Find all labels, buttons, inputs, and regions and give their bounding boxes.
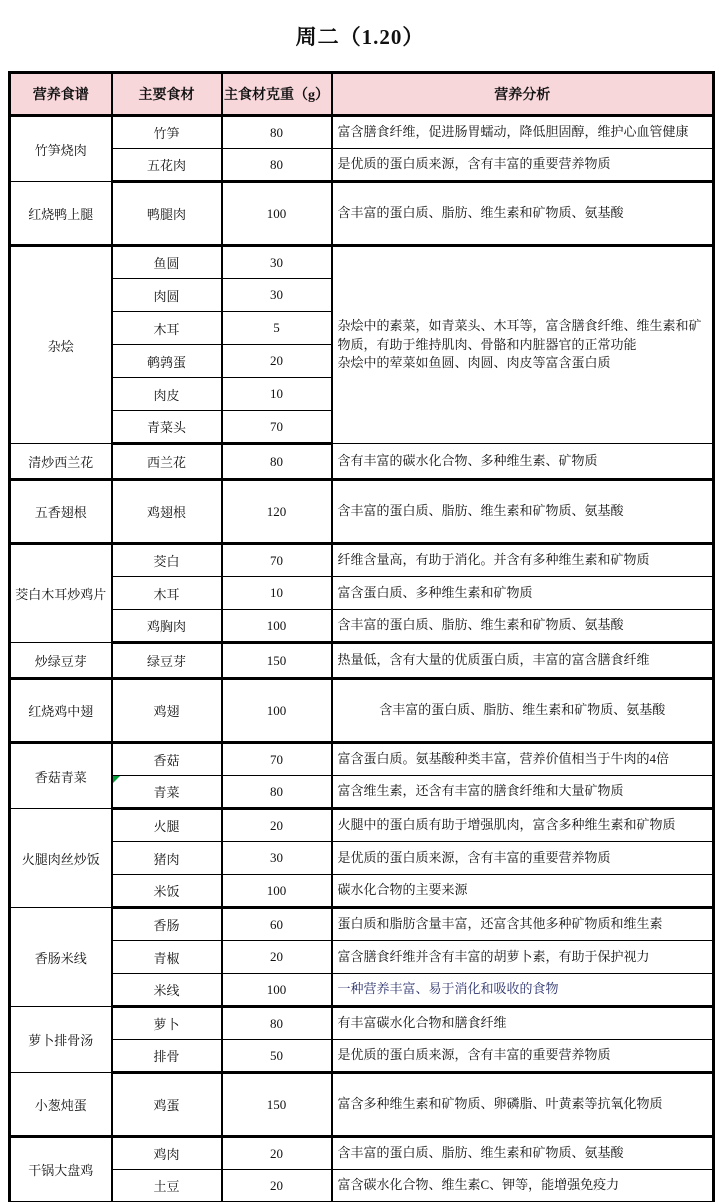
weight-cell[interactable]: 20	[222, 809, 332, 842]
dish-name-cell[interactable]: 竹笋烧肉	[10, 116, 112, 182]
analysis-cell[interactable]: 含有丰富的碳水化合物、多种维生素、矿物质	[332, 444, 714, 480]
table-row: 香菇青菜香菇70富含蛋白质。氨基酸种类丰富，营养价值相当于牛肉的4倍	[10, 743, 714, 776]
table-row: 萝卜排骨汤萝卜80有丰富碳水化合物和膳食纤维	[10, 1007, 714, 1040]
table-row: 鸡胸肉100含丰富的蛋白质、脂肪、维生素和矿物质、氨基酸	[10, 610, 714, 643]
analysis-cell[interactable]: 含丰富的蛋白质、脂肪、维生素和矿物质、氨基酸	[332, 610, 714, 643]
ingredient-cell[interactable]: 米饭	[112, 875, 222, 908]
weight-cell[interactable]: 10	[222, 378, 332, 411]
weight-cell[interactable]: 20	[222, 1137, 332, 1170]
table-row: 杂烩鱼圆30杂烩中的素菜，如青菜头、木耳等，富含膳食纤维、维生素和矿物质，有助于…	[10, 246, 714, 279]
ingredient-cell[interactable]: 鸡肉	[112, 1137, 222, 1170]
weight-cell[interactable]: 70	[222, 743, 332, 776]
analysis-cell[interactable]: 一种营养丰富、易于消化和吸收的食物	[332, 974, 714, 1007]
ingredient-cell[interactable]: 鸭腿肉	[112, 182, 222, 246]
weight-cell[interactable]: 100	[222, 679, 332, 743]
weight-cell[interactable]: 100	[222, 875, 332, 908]
ingredient-cell[interactable]: 排骨	[112, 1040, 222, 1073]
weight-cell[interactable]: 5	[222, 312, 332, 345]
ingredient-cell[interactable]: 鸡胸肉	[112, 610, 222, 643]
table-row: 红烧鸡中翅鸡翅100含丰富的蛋白质、脂肪、维生素和矿物质、氨基酸	[10, 679, 714, 743]
analysis-cell[interactable]: 富含蛋白质。氨基酸种类丰富，营养价值相当于牛肉的4倍	[332, 743, 714, 776]
ingredient-cell[interactable]: 萝卜	[112, 1007, 222, 1040]
dish-name-cell[interactable]: 香菇青菜	[10, 743, 112, 809]
dish-name-cell[interactable]: 红烧鸭上腿	[10, 182, 112, 246]
table-row: 排骨50是优质的蛋白质来源，含有丰富的重要营养物质	[10, 1040, 714, 1073]
weight-cell[interactable]: 30	[222, 246, 332, 279]
ingredient-cell[interactable]: 鱼圆	[112, 246, 222, 279]
table-row: 干锅大盘鸡鸡肉20含丰富的蛋白质、脂肪、维生素和矿物质、氨基酸	[10, 1137, 714, 1170]
table-row: 红烧鸭上腿鸭腿肉100含丰富的蛋白质、脂肪、维生素和矿物质、氨基酸	[10, 182, 714, 246]
analysis-cell[interactable]: 杂烩中的素菜，如青菜头、木耳等，富含膳食纤维、维生素和矿物质，有助于维持肌肉、骨…	[332, 246, 714, 444]
analysis-cell[interactable]: 富含维生素，还含有丰富的膳食纤维和大量矿物质	[332, 776, 714, 809]
weight-cell[interactable]: 80	[222, 1007, 332, 1040]
weight-cell[interactable]: 80	[222, 149, 332, 182]
analysis-cell[interactable]: 是优质的蛋白质来源，含有丰富的重要营养物质	[332, 149, 714, 182]
table-row: 香肠米线香肠60蛋白质和脂肪含量丰富，还富含其他多种矿物质和维生素	[10, 908, 714, 941]
weight-cell[interactable]: 80	[222, 116, 332, 149]
ingredient-cell[interactable]: 鸡蛋	[112, 1073, 222, 1137]
dish-name-cell[interactable]: 茭白木耳炒鸡片	[10, 544, 112, 643]
table-row: 青椒20富含膳食纤维并含有丰富的胡萝卜素，有助于保护视力	[10, 941, 714, 974]
weight-cell[interactable]: 100	[222, 182, 332, 246]
ingredient-cell[interactable]: 鹌鹑蛋	[112, 345, 222, 378]
column-header-recipe[interactable]: 营养食谱	[10, 73, 112, 116]
ingredient-cell[interactable]: 米线	[112, 974, 222, 1007]
dish-name-cell[interactable]: 萝卜排骨汤	[10, 1007, 112, 1073]
weight-cell[interactable]: 100	[222, 974, 332, 1007]
analysis-cell[interactable]: 火腿中的蛋白质有助于增强肌肉，富含多种维生素和矿物质	[332, 809, 714, 842]
analysis-cell[interactable]: 纤维含量高，有助于消化。并含有多种维生素和矿物质	[332, 544, 714, 577]
column-header-weight[interactable]: 主食材克重（g）	[222, 73, 332, 116]
ingredient-cell[interactable]: 五花肉	[112, 149, 222, 182]
analysis-cell[interactable]: 含丰富的蛋白质、脂肪、维生素和矿物质、氨基酸	[332, 679, 714, 743]
dish-name-cell[interactable]: 火腿肉丝炒饭	[10, 809, 112, 908]
ingredient-cell[interactable]: 青菜头	[112, 411, 222, 444]
table-row: 米饭100碳水化合物的主要来源	[10, 875, 714, 908]
dish-name-cell[interactable]: 炒绿豆芽	[10, 643, 112, 679]
table-row: 土豆20富含碳水化合物、维生素C、钾等，能增强免疫力	[10, 1170, 714, 1202]
dish-name-cell[interactable]: 小葱炖蛋	[10, 1073, 112, 1137]
ingredient-cell[interactable]: 肉皮	[112, 378, 222, 411]
weight-cell[interactable]: 30	[222, 279, 332, 312]
weight-cell[interactable]: 20	[222, 1170, 332, 1202]
table-header-row: 营养食谱 主要食材 主食材克重（g） 营养分析	[10, 73, 714, 116]
ingredient-cell[interactable]: 鸡翅	[112, 679, 222, 743]
ingredient-cell[interactable]: 香肠	[112, 908, 222, 941]
analysis-cell[interactable]: 有丰富碳水化合物和膳食纤维	[332, 1007, 714, 1040]
table-row: 五花肉80是优质的蛋白质来源，含有丰富的重要营养物质	[10, 149, 714, 182]
cell-note-marker-icon	[113, 776, 120, 783]
table-row: 青菜80富含维生素，还含有丰富的膳食纤维和大量矿物质	[10, 776, 714, 809]
dish-name-cell[interactable]: 干锅大盘鸡	[10, 1137, 112, 1202]
analysis-cell[interactable]: 富含碳水化合物、维生素C、钾等，能增强免疫力	[332, 1170, 714, 1202]
table-row: 炒绿豆芽绿豆芽150热量低，含有大量的优质蛋白质，丰富的富含膳食纤维	[10, 643, 714, 679]
analysis-cell[interactable]: 热量低，含有大量的优质蛋白质，丰富的富含膳食纤维	[332, 643, 714, 679]
ingredient-cell[interactable]: 香菇	[112, 743, 222, 776]
table-row: 清炒西兰花西兰花80含有丰富的碳水化合物、多种维生素、矿物质	[10, 444, 714, 480]
ingredient-cell[interactable]: 茭白	[112, 544, 222, 577]
weight-cell[interactable]: 20	[222, 345, 332, 378]
ingredient-cell[interactable]: 土豆	[112, 1170, 222, 1202]
table-row: 竹笋烧肉竹笋80富含膳食纤维，促进肠胃蠕动，降低胆固醇，维护心血管健康	[10, 116, 714, 149]
dish-name-cell[interactable]: 红烧鸡中翅	[10, 679, 112, 743]
weight-cell[interactable]: 70	[222, 544, 332, 577]
weight-cell[interactable]: 150	[222, 643, 332, 679]
analysis-cell[interactable]: 是优质的蛋白质来源，含有丰富的重要营养物质	[332, 842, 714, 875]
table-row: 小葱炖蛋鸡蛋150富含多种维生素和矿物质、卵磷脂、叶黄素等抗氧化物质	[10, 1073, 714, 1137]
column-header-analysis[interactable]: 营养分析	[332, 73, 714, 116]
table-row: 茭白木耳炒鸡片茭白70纤维含量高，有助于消化。并含有多种维生素和矿物质	[10, 544, 714, 577]
analysis-cell[interactable]: 蛋白质和脂肪含量丰富，还富含其他多种矿物质和维生素	[332, 908, 714, 941]
weight-cell[interactable]: 50	[222, 1040, 332, 1073]
ingredient-cell[interactable]: 青菜	[112, 776, 222, 809]
weight-cell[interactable]: 80	[222, 776, 332, 809]
weight-cell[interactable]: 100	[222, 610, 332, 643]
weight-cell[interactable]: 80	[222, 444, 332, 480]
dish-name-cell[interactable]: 清炒西兰花	[10, 444, 112, 480]
analysis-cell[interactable]: 是优质的蛋白质来源，含有丰富的重要营养物质	[332, 1040, 714, 1073]
analysis-cell[interactable]: 含丰富的蛋白质、脂肪、维生素和矿物质、氨基酸	[332, 480, 714, 544]
ingredient-cell[interactable]: 竹笋	[112, 116, 222, 149]
analysis-cell[interactable]: 含丰富的蛋白质、脂肪、维生素和矿物质、氨基酸	[332, 1137, 714, 1170]
nutrition-table: 营养食谱 主要食材 主食材克重（g） 营养分析 竹笋烧肉竹笋80富含膳食纤维，促…	[8, 71, 715, 1202]
ingredient-cell[interactable]: 火腿	[112, 809, 222, 842]
table-row: 猪肉30是优质的蛋白质来源，含有丰富的重要营养物质	[10, 842, 714, 875]
weight-cell[interactable]: 70	[222, 411, 332, 444]
table-row: 米线100一种营养丰富、易于消化和吸收的食物	[10, 974, 714, 1007]
ingredient-cell[interactable]: 猪肉	[112, 842, 222, 875]
ingredient-cell[interactable]: 西兰花	[112, 444, 222, 480]
ingredient-cell[interactable]: 木耳	[112, 312, 222, 345]
table-row: 火腿肉丝炒饭火腿20火腿中的蛋白质有助于增强肌肉，富含多种维生素和矿物质	[10, 809, 714, 842]
menu-table-body: 竹笋烧肉竹笋80富含膳食纤维，促进肠胃蠕动，降低胆固醇，维护心血管健康五花肉80…	[10, 116, 714, 1202]
analysis-cell[interactable]: 富含多种维生素和矿物质、卵磷脂、叶黄素等抗氧化物质	[332, 1073, 714, 1137]
ingredient-cell[interactable]: 肉圆	[112, 279, 222, 312]
page-title: 周二（1.20）	[0, 0, 720, 71]
weight-cell[interactable]: 150	[222, 1073, 332, 1137]
weight-cell[interactable]: 120	[222, 480, 332, 544]
table-row: 木耳10富含蛋白质、多种维生素和矿物质	[10, 577, 714, 610]
dish-name-cell[interactable]: 五香翅根	[10, 480, 112, 544]
dish-name-cell[interactable]: 香肠米线	[10, 908, 112, 1007]
ingredient-cell[interactable]: 鸡翅根	[112, 480, 222, 544]
dish-name-cell[interactable]: 杂烩	[10, 246, 112, 444]
weight-cell[interactable]: 30	[222, 842, 332, 875]
column-header-ingredient[interactable]: 主要食材	[112, 73, 222, 116]
ingredient-cell[interactable]: 木耳	[112, 577, 222, 610]
analysis-cell[interactable]: 富含膳食纤维并含有丰富的胡萝卜素，有助于保护视力	[332, 941, 714, 974]
ingredient-cell[interactable]: 青椒	[112, 941, 222, 974]
ingredient-cell[interactable]: 绿豆芽	[112, 643, 222, 679]
analysis-cell[interactable]: 富含膳食纤维，促进肠胃蠕动，降低胆固醇，维护心血管健康	[332, 116, 714, 149]
analysis-cell[interactable]: 富含蛋白质、多种维生素和矿物质	[332, 577, 714, 610]
analysis-cell[interactable]: 含丰富的蛋白质、脂肪、维生素和矿物质、氨基酸	[332, 182, 714, 246]
weight-cell[interactable]: 20	[222, 941, 332, 974]
analysis-cell[interactable]: 碳水化合物的主要来源	[332, 875, 714, 908]
weight-cell[interactable]: 60	[222, 908, 332, 941]
table-row: 五香翅根鸡翅根120含丰富的蛋白质、脂肪、维生素和矿物质、氨基酸	[10, 480, 714, 544]
weight-cell[interactable]: 10	[222, 577, 332, 610]
